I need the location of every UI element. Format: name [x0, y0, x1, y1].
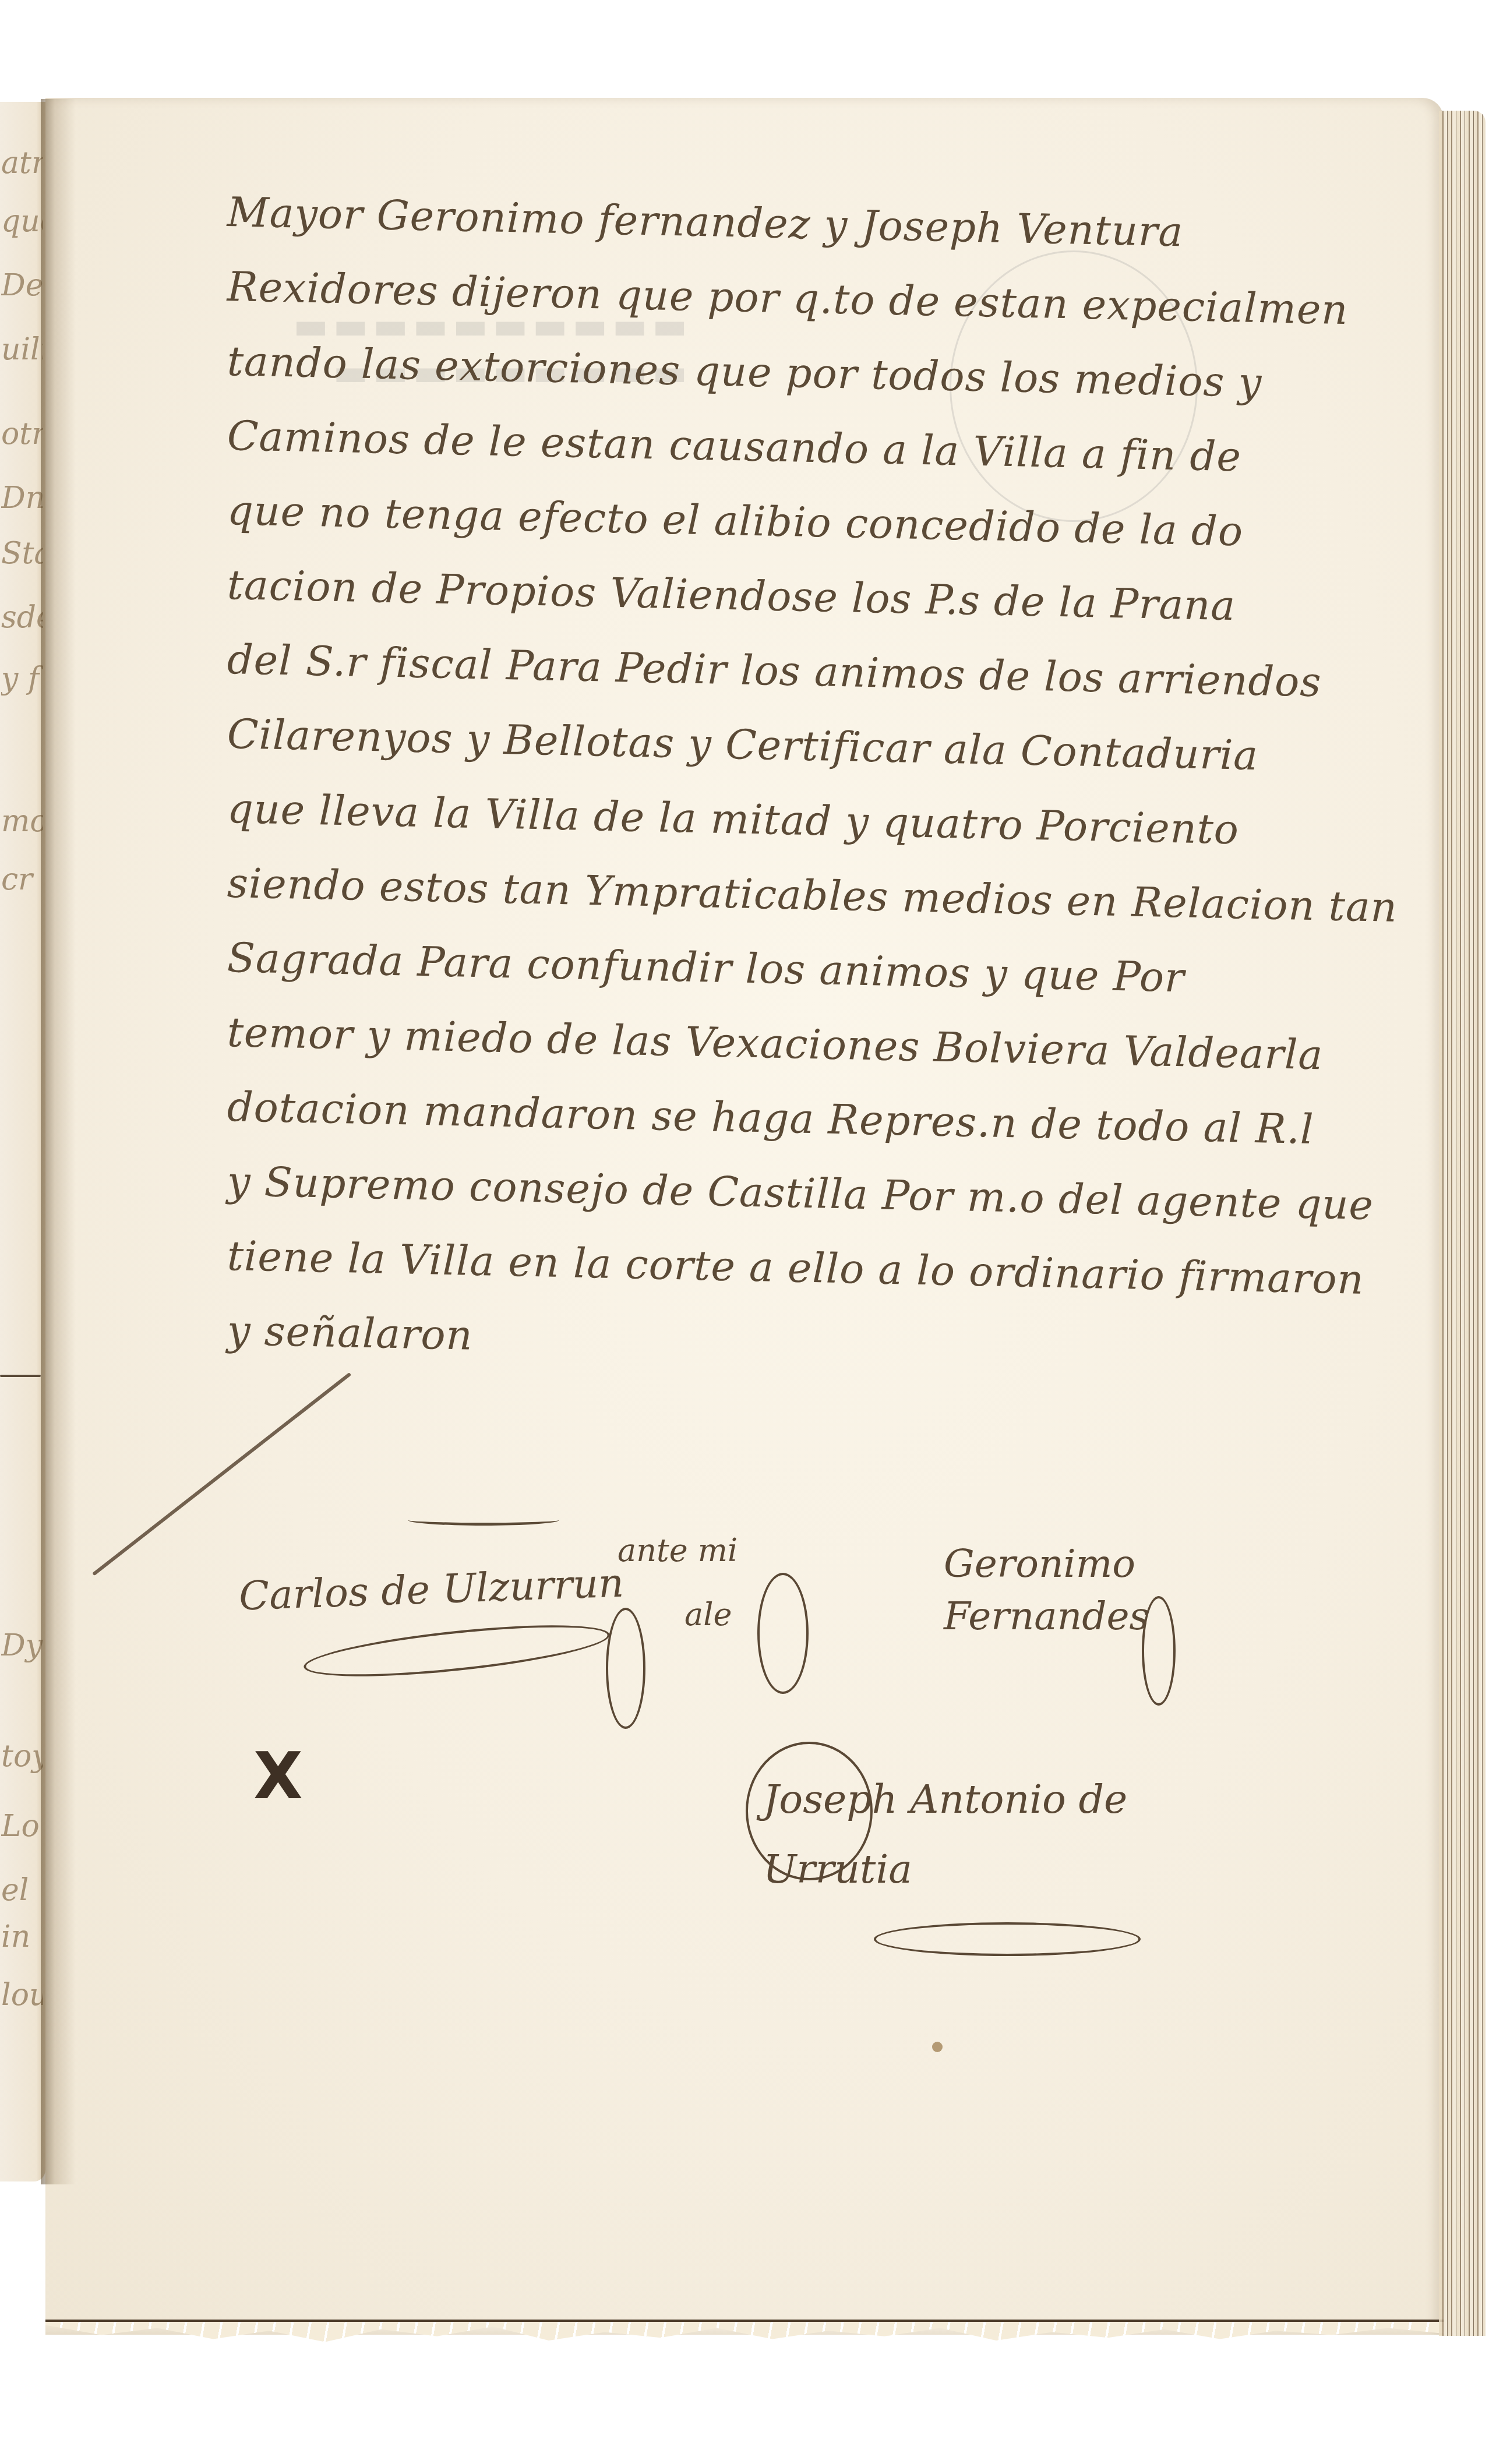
- rubric-loop: [757, 1573, 809, 1694]
- rubric-geronimo: [1142, 1596, 1176, 1706]
- facing-text: sde: [1, 600, 43, 635]
- facing-text: Dn: [1, 481, 43, 516]
- ink-spot: [932, 2042, 943, 2052]
- line-end-flourish: [408, 1515, 559, 1526]
- facing-page: atri quen Des uiln otru Dn Sta sde y f m…: [0, 102, 45, 2181]
- facing-text: in: [1, 1919, 43, 1954]
- facing-text: lou: [1, 1978, 43, 2013]
- manuscript-line-final: y señalaron: [227, 1293, 450, 1372]
- facing-text: Des: [1, 268, 43, 303]
- binding-gutter-shadow: [41, 99, 76, 2184]
- facing-text: mo: [1, 804, 43, 839]
- stacked-page-edges: [1439, 111, 1486, 2336]
- facing-text: atri: [1, 146, 43, 181]
- cross-mark: X: [253, 1739, 303, 1813]
- rubric-coil: [606, 1608, 645, 1729]
- facing-text: el: [1, 1873, 43, 1908]
- facing-text: otru: [1, 416, 43, 451]
- facing-text: quen: [1, 204, 43, 239]
- facing-text: toy: [1, 1739, 43, 1774]
- facing-text: y f: [1, 661, 43, 696]
- signature-underline-rubric: [874, 1922, 1141, 1956]
- manuscript-body: Mayor Geronimo fernandez y Joseph Ventur…: [227, 175, 1410, 1368]
- note-ante-mi: ante mi: [618, 1532, 738, 1569]
- facing-text: uiln: [1, 332, 43, 367]
- facing-text: Lo: [1, 1809, 43, 1844]
- facing-text: cr: [1, 862, 43, 897]
- torn-edge: [45, 2320, 1444, 2347]
- facing-text: Dy: [1, 1628, 43, 1663]
- signature-geronimo: Geronimo Fernandes: [944, 1538, 1177, 1643]
- signature-oval: [746, 1742, 873, 1880]
- margin-rule: [0, 1375, 41, 1377]
- facing-text: Sta: [1, 536, 43, 571]
- note-ale: ale: [684, 1596, 732, 1633]
